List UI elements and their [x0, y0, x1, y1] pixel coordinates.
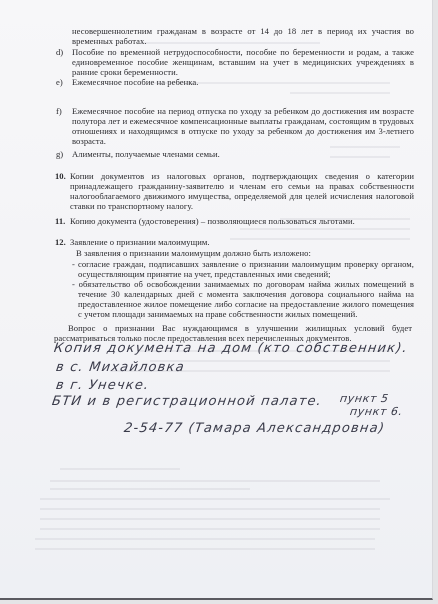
item-f-text: Ежемесячное пособие на период отпуска по… [72, 106, 414, 146]
item-d-marker: d) [56, 47, 63, 57]
item-12-bullet-1: - согласие граждан, подписавших заявлени… [72, 259, 414, 279]
handwritten-note-2: в с. Михайловка [55, 360, 186, 375]
handwritten-note-5: пункт 5 [339, 392, 389, 405]
item-12-text: Заявление о признании малоимущим. [70, 237, 414, 247]
item-g-text: Алименты, получаемые членами семьи. [72, 149, 414, 159]
closing-paragraph: Вопрос о признании Вас нуждающимся в улу… [54, 323, 412, 343]
item-10-number: 10. [55, 171, 66, 181]
item-12-number: 12. [55, 237, 66, 247]
item-g-marker: g) [56, 149, 63, 159]
handwritten-note-4: БТИ и в регистрационной палате. [51, 394, 323, 409]
document-page: несовершеннолетним гражданам в возрасте … [0, 0, 433, 600]
intro-continuation: несовершеннолетним гражданам в возрасте … [72, 26, 414, 46]
item-e-marker: e) [56, 77, 63, 87]
item-12-intro: В заявления о признании малоимущим должн… [76, 248, 414, 258]
item-12-bullet-2: - обязательство об освобождении занимаем… [72, 279, 414, 319]
item-10-text: Копии документов из налоговых органов, п… [70, 171, 414, 211]
item-11-text: Копию документа (удостоверения) – позвол… [70, 216, 414, 226]
handwritten-note-6: пункт 6. [349, 405, 404, 418]
item-d-text: Пособие по временной нетрудоспособности,… [72, 47, 414, 77]
handwritten-note-7: 2-54-77 (Тамара Александровна) [123, 421, 386, 436]
item-f-marker: f) [56, 106, 62, 116]
handwritten-note-1: Копия документа на дом (кто собственник)… [53, 341, 409, 356]
item-e-text: Ежемесячное пособие на ребенка. [72, 77, 414, 87]
handwritten-note-3: в г. Унечке. [55, 378, 150, 393]
item-11-number: 11. [55, 216, 65, 226]
